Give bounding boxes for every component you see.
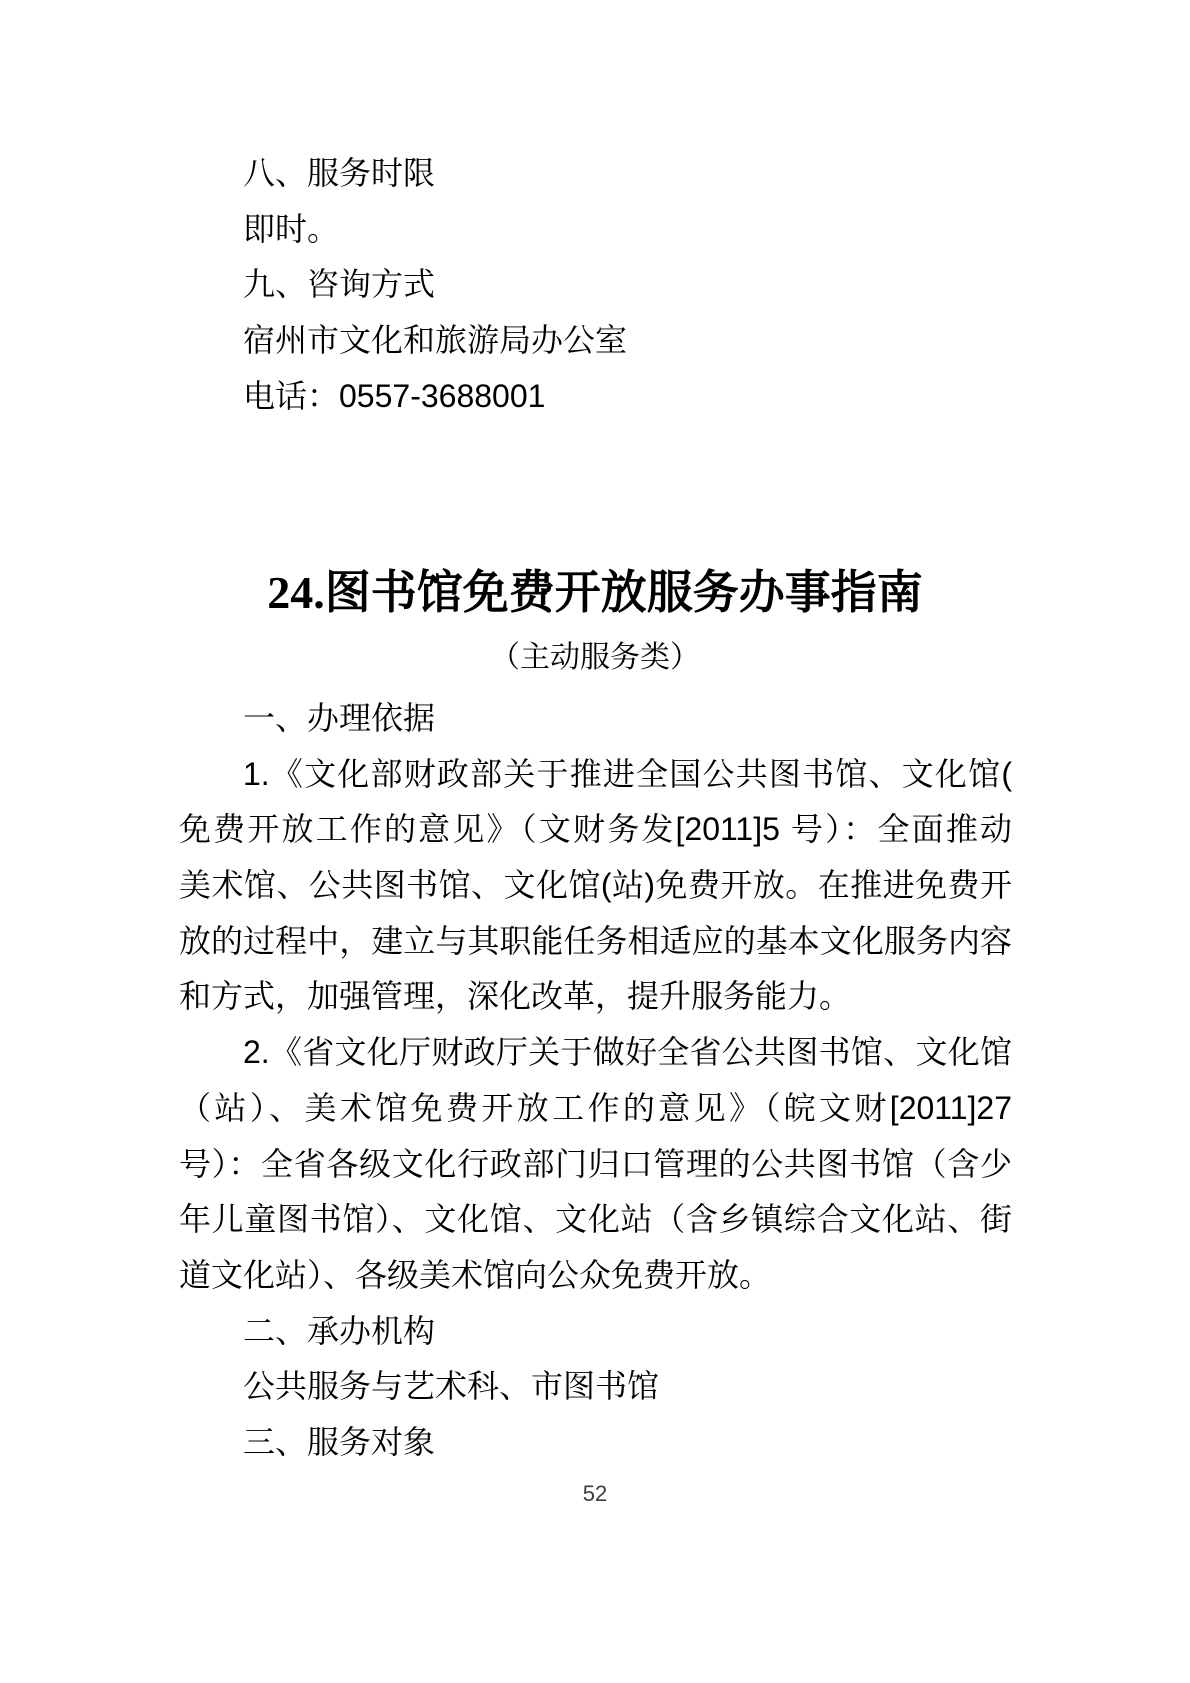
previous-section: 八、服务时限 即时。 九、咨询方式 宿州市文化和旅游局办公室 电话：0557-3… [179, 146, 1012, 425]
guide-body: 一、办理依据 1.《文化部财政部关于推进全国公共图书馆、文化馆( 站） 免费开放… [179, 691, 1012, 1471]
page-number: 52 [0, 1481, 1190, 1507]
section-heading: 八、服务时限 [179, 146, 1012, 202]
phone-line: 电话：0557-3688001 [179, 369, 1012, 425]
body-line: 道文化站）、各级美术馆向公众免费开放。 [179, 1248, 1012, 1304]
section-heading: 九、咨询方式 [179, 257, 1012, 313]
body-line: 2.《省文化厅财政厅关于做好全省公共图书馆、文化馆 [179, 1025, 1012, 1081]
document-page: 八、服务时限 即时。 九、咨询方式 宿州市文化和旅游局办公室 电话：0557-3… [0, 0, 1190, 1683]
body-line: （站）、美术馆免费开放工作的意见》（皖文财[2011]27 [179, 1081, 1012, 1137]
page-title: 24.图书馆免费开放服务办事指南 [0, 563, 1190, 623]
body-line: 1.《文化部财政部关于推进全国公共图书馆、文化馆( 站） [179, 747, 1012, 803]
body-line: 宿州市文化和旅游局办公室 [179, 313, 1012, 369]
section-heading: 二、承办机构 [179, 1304, 1012, 1360]
body-line: 放的过程中，建立与其职能任务相适应的基本文化服务内容 [179, 914, 1012, 970]
body-line: 和方式，加强管理，深化改革，提升服务能力。 [179, 969, 1012, 1025]
section-heading: 一、办理依据 [179, 691, 1012, 747]
section-heading: 三、服务对象 [179, 1415, 1012, 1471]
subtitle: （主动服务类） [0, 632, 1190, 684]
body-line: 公共服务与艺术科、市图书馆 [179, 1359, 1012, 1415]
body-line: 免费开放工作的意见》（文财务发[2011]5 号）：全面推动 [179, 802, 1012, 858]
body-line: 即时。 [179, 202, 1012, 258]
body-line: 美术馆、公共图书馆、文化馆(站)免费开放。在推进免费开 [179, 858, 1012, 914]
body-line: 年儿童图书馆）、文化馆、文化站（含乡镇综合文化站、街 [179, 1192, 1012, 1248]
body-line: 号）：全省各级文化行政部门归口管理的公共图书馆（含少 [179, 1137, 1012, 1193]
